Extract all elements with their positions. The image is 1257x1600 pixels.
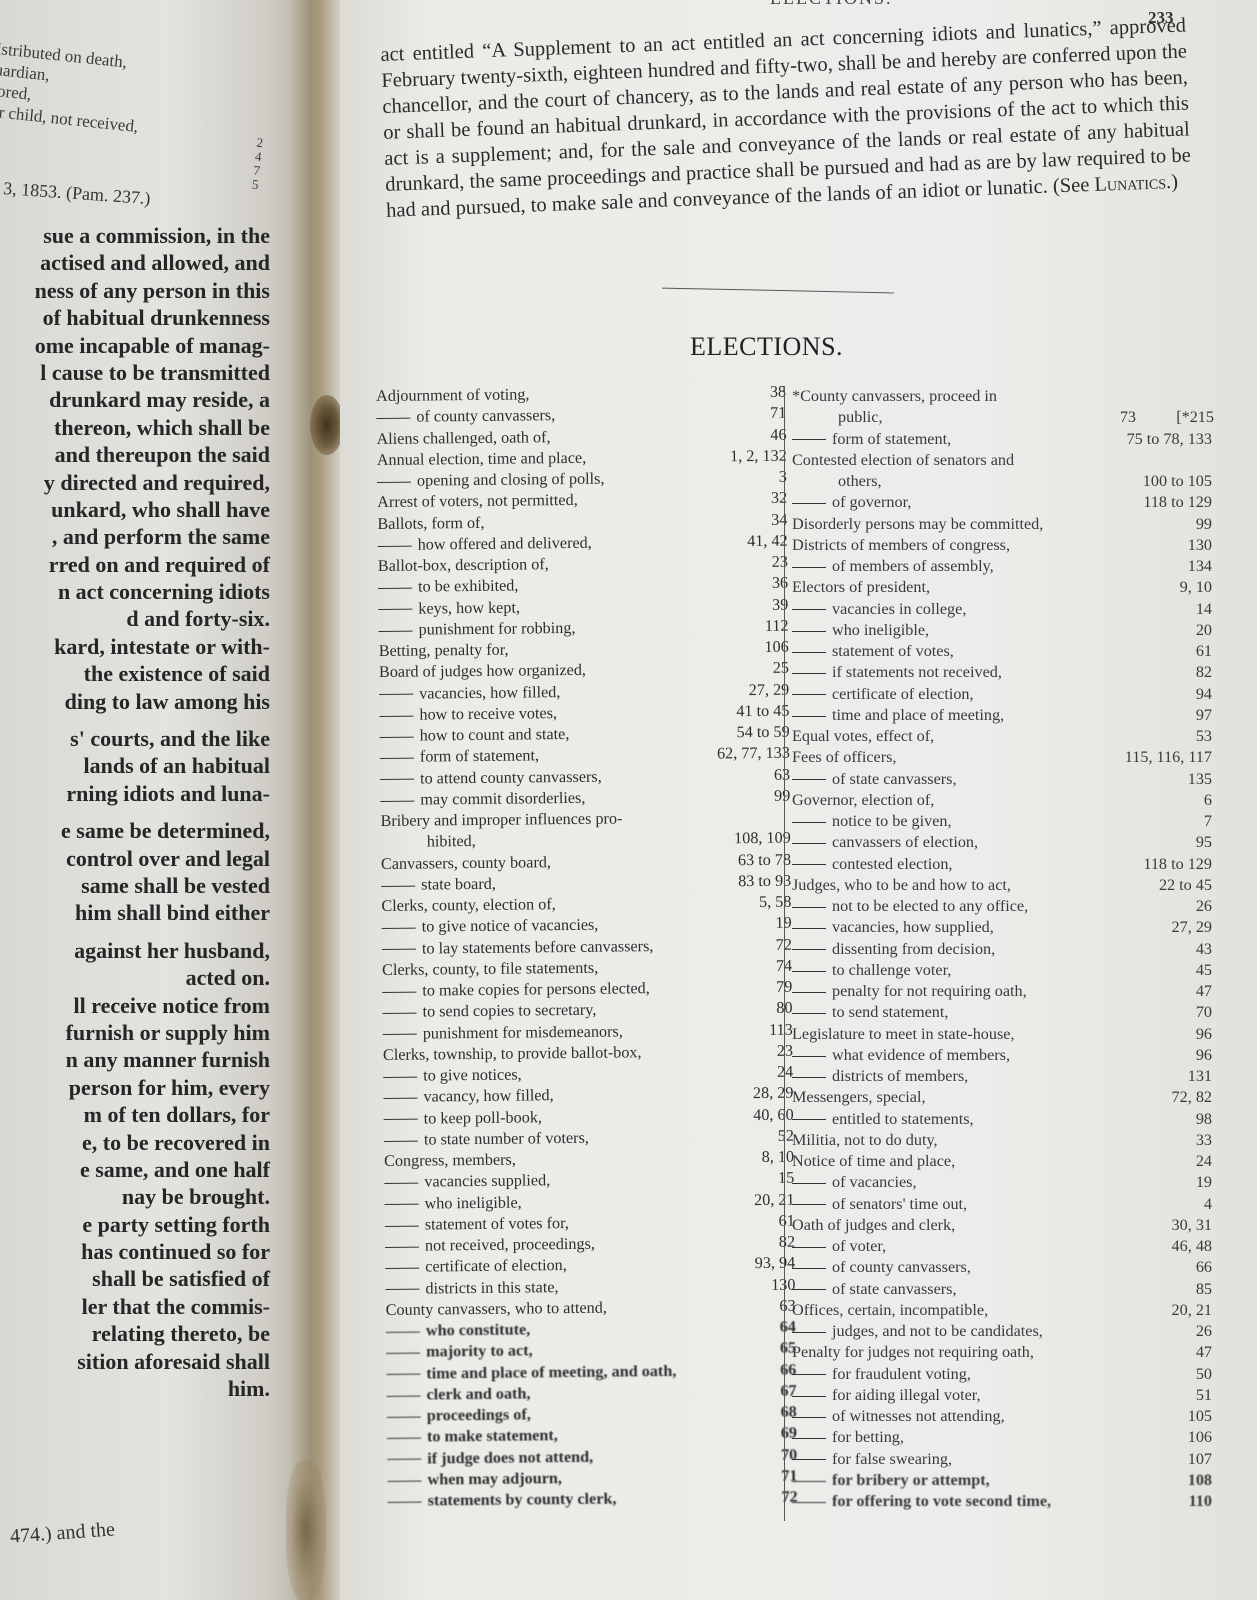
index-section-ref: 61 bbox=[1196, 641, 1212, 662]
index-term: for offering to vote second time, bbox=[792, 1491, 1051, 1512]
index-entry: *County canvassers, proceed in bbox=[792, 386, 1212, 407]
body-line: sition aforesaid shall bbox=[0, 1348, 270, 1375]
index-section-ref: 33 bbox=[1196, 1130, 1212, 1151]
body-line: e, to be recovered in bbox=[0, 1129, 270, 1156]
body-line: sue a commission, in the bbox=[0, 222, 270, 249]
index-term: to state number of voters, bbox=[384, 1128, 589, 1151]
index-section-ref: 54 to 59 bbox=[736, 722, 789, 744]
index-term: majority to act, bbox=[386, 1341, 533, 1364]
index-term: vacancies supplied, bbox=[384, 1170, 550, 1193]
section-title: ELECTIONS. bbox=[690, 332, 843, 362]
index-section-ref: 105 bbox=[1188, 1406, 1212, 1427]
index-term: Disorderly persons may be committed, bbox=[792, 514, 1043, 535]
index-term: notice to be given, bbox=[792, 811, 952, 832]
index-term: Judges, who to be and how to act, bbox=[792, 875, 1011, 896]
index-term: of vacancies, bbox=[792, 1172, 917, 1193]
index-term: to make statement, bbox=[387, 1425, 558, 1448]
index-section-ref: 47 bbox=[1196, 1342, 1212, 1363]
index-section-ref: 7 bbox=[1204, 811, 1212, 832]
index-term: districts in this state, bbox=[385, 1277, 558, 1300]
index-term: of governor, bbox=[792, 492, 911, 513]
index-entry: Notice of time and place,24 bbox=[792, 1151, 1212, 1172]
body-line: relating thereto, be bbox=[0, 1320, 270, 1347]
body-line: him. bbox=[0, 1375, 270, 1402]
index-term: Militia, not to do duty, bbox=[792, 1130, 938, 1151]
index-section-ref: 106 bbox=[1188, 1427, 1212, 1448]
index-term: statement of votes, bbox=[792, 641, 954, 662]
running-head: ELECTIONS. bbox=[770, 0, 893, 9]
index-term: form of statement, bbox=[792, 429, 951, 450]
index-entry: notice to be given,7 bbox=[792, 811, 1212, 832]
index-section-ref: 108 bbox=[1188, 1470, 1212, 1491]
index-term: County canvassers, who to attend, bbox=[386, 1297, 607, 1321]
index-section-ref: 118 to 129 bbox=[1143, 854, 1212, 875]
index-term: who ineligible, bbox=[792, 620, 929, 641]
index-entry: what evidence of members,96 bbox=[792, 1045, 1212, 1066]
index-entry: Districts of members of congress,130 bbox=[792, 535, 1212, 556]
body-line: s' courts, and the like bbox=[0, 725, 270, 752]
index-term: to lay statements before canvassers, bbox=[382, 936, 654, 960]
index-section-ref: 23 bbox=[772, 552, 788, 573]
body-line: furnish or supply him bbox=[0, 1019, 270, 1046]
index-section-ref: 24 bbox=[777, 1062, 793, 1083]
index-term: of senators' time out, bbox=[792, 1194, 967, 1215]
index-entry: of voter,46, 48 bbox=[792, 1236, 1212, 1257]
index-term: statement of votes for, bbox=[385, 1213, 569, 1236]
body-line: person for him, every bbox=[0, 1074, 270, 1101]
index-term: Ballot-box, description of, bbox=[378, 554, 549, 577]
paragraph-gap bbox=[0, 807, 270, 817]
index-section-ref: 85 bbox=[1196, 1279, 1212, 1300]
index-term: Districts of members of congress, bbox=[792, 535, 1010, 556]
index-term: Oath of judges and clerk, bbox=[792, 1215, 955, 1236]
index-entry: Legislature to meet in state-house,96 bbox=[792, 1024, 1212, 1045]
index-section-ref: 82 bbox=[1196, 662, 1212, 683]
index-entry: statement of votes,61 bbox=[792, 641, 1212, 662]
index-term: when may adjourn, bbox=[387, 1468, 562, 1491]
index-term: of state canvassers, bbox=[792, 769, 957, 790]
body-line: y directed and required, bbox=[0, 469, 270, 496]
body-line: ding to law among his bbox=[0, 688, 270, 715]
index-term: Fees of officers, bbox=[792, 747, 896, 768]
index-entry: to challenge voter,45 bbox=[792, 960, 1212, 981]
index-section-ref: 96 bbox=[1196, 1024, 1212, 1045]
index-term: who constitute, bbox=[386, 1319, 531, 1342]
index-entry: vacancies in college,14 bbox=[792, 599, 1212, 620]
index-term: districts of members, bbox=[792, 1066, 968, 1087]
body-line: control over and legal bbox=[0, 845, 270, 872]
index-section-ref: 19 bbox=[1196, 1172, 1212, 1193]
index-term: who ineligible, bbox=[384, 1192, 521, 1215]
body-line: ness of any person in this bbox=[0, 277, 270, 304]
index-entry: Equal votes, effect of,53 bbox=[792, 726, 1212, 747]
body-line: l cause to be transmitted bbox=[0, 359, 270, 386]
index-entry: Messengers, special,72, 82 bbox=[792, 1087, 1212, 1108]
index-entry: vacancies, how supplied,27, 29 bbox=[792, 917, 1212, 938]
index-section-ref: 118 to 129 bbox=[1143, 492, 1212, 513]
left-page-act-heading: 3, 1853. (Pam. 237.) bbox=[3, 178, 152, 209]
index-term: of voter, bbox=[792, 1236, 886, 1257]
index-section-ref: 97 bbox=[1196, 705, 1212, 726]
index-section-ref: 70 bbox=[1196, 1002, 1212, 1023]
index-term: for bribery or attempt, bbox=[792, 1470, 990, 1491]
index-term: to send statement, bbox=[792, 1002, 948, 1023]
index-section-ref: 41, 42 bbox=[747, 530, 788, 552]
index-section-ref: 30, 31 bbox=[1172, 1215, 1212, 1236]
index-entry: if statements not received,82 bbox=[792, 662, 1212, 683]
index-term: if judge does not attend, bbox=[387, 1446, 593, 1469]
body-line: kard, intestate or with- bbox=[0, 633, 270, 660]
index-section-ref: 113 bbox=[769, 1019, 793, 1040]
index-entry: who ineligible,20 bbox=[792, 620, 1212, 641]
paragraph-gap bbox=[0, 927, 270, 937]
index-term: Ballots, form of, bbox=[377, 512, 484, 534]
index-term: contested election, bbox=[792, 854, 952, 875]
index-section-ref: 94 bbox=[1196, 684, 1212, 705]
index-term: punishment for robbing, bbox=[378, 618, 575, 641]
index-entry: Fees of officers,115, 116, 117 bbox=[792, 747, 1212, 768]
index-section-ref: 106 bbox=[764, 637, 789, 659]
body-line: actised and allowed, and bbox=[0, 249, 270, 276]
index-term: punishment for misdemeanors, bbox=[383, 1021, 623, 1045]
index-section-ref: 134 bbox=[1188, 556, 1212, 577]
index-section-ref: 20, 21 bbox=[1172, 1300, 1212, 1321]
index-section-ref: 6 bbox=[1204, 790, 1212, 811]
body-line: ome incapable of manag- bbox=[0, 332, 270, 359]
index-term: Clerks, township, to provide ballot-box, bbox=[383, 1042, 642, 1066]
index-term: opening and closing of polls, bbox=[377, 469, 605, 493]
index-term: Governor, election of, bbox=[792, 790, 934, 811]
index-section-ref: 5, 58 bbox=[759, 892, 792, 914]
index-entry: for aiding illegal voter,51 bbox=[792, 1385, 1212, 1406]
index-term: time and place of meeting, and oath, bbox=[386, 1360, 676, 1384]
index-term: to give notice of vacancies, bbox=[382, 915, 599, 939]
body-line: rred on and required of bbox=[0, 551, 270, 578]
paragraph-gap bbox=[0, 715, 270, 725]
index-term: vacancies, how supplied, bbox=[792, 917, 994, 938]
index-section-ref: 63 bbox=[774, 764, 790, 785]
index-term: Clerks, county, election of, bbox=[381, 894, 555, 917]
index-term: how to count and state, bbox=[380, 724, 570, 747]
index-section-ref: 108, 109 bbox=[734, 828, 791, 850]
index-section-ref: 107 bbox=[1188, 1449, 1212, 1470]
body-line: shall be satisfied of bbox=[0, 1265, 270, 1292]
index-entry: not to be elected to any office,26 bbox=[792, 896, 1212, 917]
index-term: for aiding illegal voter, bbox=[792, 1385, 981, 1406]
body-line: of habitual drunkenness bbox=[0, 304, 270, 331]
index-term: what evidence of members, bbox=[792, 1045, 1010, 1066]
index-section-ref: 135 bbox=[1188, 769, 1212, 790]
page-marker: [*215 bbox=[1176, 407, 1214, 428]
left-page-index-fragment: istributed on death, uardian, tored, or … bbox=[0, 38, 296, 153]
index-term: vacancies, how filled, bbox=[379, 682, 560, 705]
index-section-ref: 51 bbox=[1196, 1385, 1212, 1406]
index-term: Arrest of voters, not permitted, bbox=[377, 490, 578, 513]
index-section-ref: 131 bbox=[1188, 1066, 1212, 1087]
body-line: same shall be vested bbox=[0, 872, 270, 899]
index-term: for false swearing, bbox=[792, 1449, 952, 1470]
index-term: to attend county canvassers, bbox=[380, 766, 602, 790]
index-entry: judges, and not to be candidates,26 bbox=[792, 1321, 1212, 1342]
index-section-ref: 115, 116, 117 bbox=[1125, 747, 1212, 768]
index-section-ref: 26 bbox=[1196, 1321, 1212, 1342]
index-entry: of senators' time out,4 bbox=[792, 1194, 1212, 1215]
index-term: vacancy, how filled, bbox=[383, 1085, 553, 1108]
index-section-ref: 62, 77, 133 bbox=[717, 743, 790, 765]
index-entry: for fraudulent voting,50 bbox=[792, 1364, 1212, 1385]
index-section-ref: 110 bbox=[1189, 1491, 1212, 1512]
index-entry: Disorderly persons may be committed,99 bbox=[792, 514, 1212, 535]
index-term: Legislature to meet in state-house, bbox=[792, 1024, 1015, 1045]
index-term: Canvassers, county board, bbox=[381, 852, 551, 875]
index-term: for betting, bbox=[792, 1427, 904, 1448]
index-entry: form of statement,75 to 78, 133 bbox=[792, 429, 1212, 450]
index-section-ref: 45 bbox=[1196, 960, 1212, 981]
index-number: 5 bbox=[251, 177, 259, 192]
index-entry: dissenting from decision,43 bbox=[792, 939, 1212, 960]
index-section-ref: 22 to 45 bbox=[1159, 875, 1212, 896]
section-divider bbox=[662, 288, 894, 294]
index-section-ref: 8, 10 bbox=[762, 1147, 795, 1169]
index-term: certificate of election, bbox=[385, 1255, 567, 1278]
index-entry: to send statement,70 bbox=[792, 1002, 1212, 1023]
index-section-ref: 43 bbox=[1196, 939, 1212, 960]
body-line: unkard, who shall have bbox=[0, 496, 270, 523]
index-section-ref: 53 bbox=[1196, 726, 1212, 747]
index-section-ref: 96 bbox=[1196, 1045, 1212, 1066]
index-term: how offered and delivered, bbox=[378, 532, 592, 555]
index-term: for fraudulent voting, bbox=[792, 1364, 971, 1385]
index-term: not to be elected to any office, bbox=[792, 896, 1028, 917]
index-entry: Electors of president,9, 10 bbox=[792, 577, 1212, 598]
index-section-ref: 39 bbox=[772, 594, 788, 615]
index-term: of state canvassers, bbox=[792, 1279, 957, 1300]
index-term: *County canvassers, proceed in bbox=[792, 386, 997, 407]
index-term: time and place of meeting, bbox=[792, 705, 1004, 726]
index-entry: canvassers of election,95 bbox=[792, 832, 1212, 853]
body-line: , and perform the same bbox=[0, 523, 270, 550]
index-entry: Contested election of senators and bbox=[792, 450, 1212, 471]
intro-see-end: .) bbox=[1166, 171, 1179, 193]
index-term: Congress, members, bbox=[384, 1150, 516, 1173]
gutter-stain bbox=[286, 1460, 326, 1600]
index-section-ref: 93, 94 bbox=[755, 1253, 796, 1275]
index-term: if statements not received, bbox=[792, 662, 1002, 683]
index-entry: of state canvassers,135 bbox=[792, 769, 1212, 790]
index-section-ref: 27, 29 bbox=[1172, 917, 1212, 938]
index-term: form of statement, bbox=[380, 746, 539, 769]
index-entry: for false swearing,107 bbox=[792, 1449, 1212, 1470]
body-line: drunkard may reside, a bbox=[0, 386, 270, 413]
body-line: e same, and one half bbox=[0, 1156, 270, 1183]
body-line: has continued so for bbox=[0, 1238, 270, 1265]
index-term: others, bbox=[838, 471, 882, 492]
body-line: and thereupon the said bbox=[0, 441, 270, 468]
index-term: may commit disorderlies, bbox=[380, 788, 585, 811]
index-term: Adjournment of voting, bbox=[376, 384, 530, 407]
index-term: public, bbox=[838, 407, 883, 428]
index-entry: of state canvassers,85 bbox=[792, 1279, 1212, 1300]
intro-see: (See bbox=[1053, 174, 1095, 198]
left-page-footer: 474.) and the bbox=[9, 1518, 115, 1548]
index-section-ref: 28, 29 bbox=[753, 1083, 794, 1105]
body-line: ler that the commis- bbox=[0, 1293, 270, 1320]
index-term: hibited, bbox=[427, 831, 476, 853]
body-line: e same be determined, bbox=[0, 817, 270, 844]
body-line: ll receive notice from bbox=[0, 992, 270, 1019]
body-line: e party setting forth bbox=[0, 1211, 270, 1238]
left-page-body-text: sue a commission, in theactised and allo… bbox=[0, 222, 270, 1402]
index-section-ref: 112 bbox=[765, 615, 789, 636]
index-entry: for betting,106 bbox=[792, 1427, 1212, 1448]
index-term: of county canvassers, bbox=[376, 405, 555, 428]
index-term: Board of judges how organized, bbox=[379, 660, 586, 683]
index-entry: statements by county clerk,72 bbox=[388, 1487, 798, 1513]
index-section-ref: 20, 21 bbox=[754, 1189, 795, 1211]
index-section-ref: 36 bbox=[772, 573, 788, 594]
index-term: to give notices, bbox=[383, 1065, 522, 1088]
index-section-ref: 130 bbox=[1188, 535, 1212, 556]
index-entry: certificate of election,94 bbox=[792, 684, 1212, 705]
index-section-ref: 99 bbox=[1196, 514, 1212, 535]
index-section-ref: 4 bbox=[1204, 1194, 1212, 1215]
index-entry: of vacancies,19 bbox=[792, 1172, 1212, 1193]
index-section-ref: 14 bbox=[1196, 599, 1212, 620]
index-section-ref: 95 bbox=[1196, 832, 1212, 853]
index-entry: others,100 to 105 bbox=[792, 471, 1212, 492]
index-term: to send copies to secretary, bbox=[382, 1000, 596, 1023]
index-term: Betting, penalty for, bbox=[379, 640, 509, 663]
index-section-ref: 25 bbox=[773, 658, 789, 679]
index-term: clerk and oath, bbox=[386, 1383, 530, 1406]
index-section-ref: 100 to 105 bbox=[1143, 471, 1212, 492]
index-term: Equal votes, effect of, bbox=[792, 726, 934, 747]
index-term: to make copies for persons elected, bbox=[382, 978, 650, 1002]
index-entry: Militia, not to do duty,33 bbox=[792, 1130, 1212, 1151]
intro-paragraph: act entitled “A Supplement to an act ent… bbox=[380, 12, 1192, 223]
index-entry: public,73[*215 bbox=[792, 407, 1212, 428]
index-term: not received, proceedings, bbox=[385, 1234, 595, 1257]
index-term: Annual election, time and place, bbox=[377, 448, 587, 471]
index-entry: Offices, certain, incompatible,20, 21 bbox=[792, 1300, 1212, 1321]
index-term: to be exhibited, bbox=[378, 576, 518, 599]
index-term: to challenge voter, bbox=[792, 960, 951, 981]
column-divider bbox=[784, 386, 785, 1521]
body-line: the existence of said bbox=[0, 660, 270, 687]
index-entry: for offering to vote second time,110 bbox=[792, 1491, 1212, 1512]
index-entry: Governor, election of,6 bbox=[792, 790, 1212, 811]
index-term: canvassers of election, bbox=[792, 832, 978, 853]
index-term: statements by county clerk, bbox=[388, 1489, 617, 1513]
index-term: penalty for not requiring oath, bbox=[792, 981, 1027, 1002]
index-term: Clerks, county, to file statements, bbox=[382, 957, 598, 981]
index-section-ref: 40, 60 bbox=[753, 1104, 794, 1126]
index-term: Offices, certain, incompatible, bbox=[792, 1300, 988, 1321]
index-term: Notice of time and place, bbox=[792, 1151, 955, 1172]
index-term: of witnesses not attending, bbox=[792, 1406, 1005, 1427]
body-line: m of ten dollars, for bbox=[0, 1101, 270, 1128]
index-section-ref: 47 bbox=[1196, 981, 1212, 1002]
gutter-stain bbox=[310, 395, 344, 455]
body-line: n act concerning idiots bbox=[0, 578, 270, 605]
index-term: certificate of election, bbox=[792, 684, 974, 705]
index-term: proceedings of, bbox=[387, 1404, 531, 1427]
body-line: him shall bind either bbox=[0, 899, 270, 926]
body-line: against her husband, bbox=[0, 937, 270, 964]
index-term: Messengers, special, bbox=[792, 1087, 926, 1108]
index-term: to keep poll-book, bbox=[384, 1107, 542, 1130]
index-section-ref: 20 bbox=[1196, 620, 1212, 641]
cross-reference-lunatics: Lunatics bbox=[1094, 171, 1166, 196]
index-section-ref: 34 bbox=[771, 509, 787, 530]
index-entry: time and place of meeting,97 bbox=[792, 705, 1212, 726]
body-line: rning idiots and luna- bbox=[0, 780, 270, 807]
index-entry: of witnesses not attending,105 bbox=[792, 1406, 1212, 1427]
body-line: acted on. bbox=[0, 964, 270, 991]
index-section-ref: 1, 2, 132 bbox=[730, 445, 787, 467]
left-page: istributed on death, uardian, tored, or … bbox=[0, 0, 305, 1600]
index-section-ref: 72, 82 bbox=[1172, 1087, 1212, 1108]
index-section-ref: 75 to 78, 133 bbox=[1127, 429, 1212, 450]
body-line: thereon, which shall be bbox=[0, 414, 270, 441]
index-column-left: Adjournment of voting,38of county canvas… bbox=[376, 382, 798, 1512]
index-term: entitled to statements, bbox=[792, 1109, 974, 1130]
index-section-ref: 50 bbox=[1196, 1364, 1212, 1385]
index-section-ref: 26 bbox=[1196, 896, 1212, 917]
body-line: lands of an habitual bbox=[0, 752, 270, 779]
index-term: state board, bbox=[381, 874, 496, 896]
index-entry: districts of members,131 bbox=[792, 1066, 1212, 1087]
index-entry: penalty for not requiring oath,47 bbox=[792, 981, 1212, 1002]
index-section-ref: 9, 10 bbox=[1180, 577, 1212, 598]
index-section-ref: 98 bbox=[1196, 1109, 1212, 1130]
index-section-ref: 3 bbox=[779, 467, 787, 488]
index-section-ref: 41 to 45 bbox=[736, 700, 789, 722]
index-term: Aliens challenged, oath of, bbox=[376, 427, 550, 450]
index-term: Electors of president, bbox=[792, 577, 930, 598]
index-section-ref: 99 bbox=[774, 785, 790, 806]
index-section-ref: 73 bbox=[1120, 407, 1136, 428]
right-page: ELECTIONS. 233 act entitled “A Supplemen… bbox=[340, 0, 1257, 1600]
index-entry: of governor,118 to 129 bbox=[792, 492, 1212, 513]
index-term: Penalty for judges not requiring oath, bbox=[792, 1342, 1034, 1363]
index-entry: Oath of judges and clerk,30, 31 bbox=[792, 1215, 1212, 1236]
index-entry: of county canvassers,66 bbox=[792, 1257, 1212, 1278]
index-entry: Penalty for judges not requiring oath,47 bbox=[792, 1342, 1212, 1363]
index-entry: contested election,118 to 129 bbox=[792, 854, 1212, 875]
index-entry: for bribery or attempt,108 bbox=[792, 1470, 1212, 1491]
index-section-ref: 66 bbox=[1196, 1257, 1212, 1278]
index-term: Contested election of senators and bbox=[792, 450, 1014, 471]
body-line: nay be brought. bbox=[0, 1183, 270, 1210]
index-term: of members of assembly, bbox=[792, 556, 994, 577]
index-term: of county canvassers, bbox=[792, 1257, 971, 1278]
index-entry: entitled to statements,98 bbox=[792, 1109, 1212, 1130]
body-line: n any manner furnish bbox=[0, 1046, 270, 1073]
index-term: Bribery and improper influences pro- bbox=[380, 808, 622, 832]
index-term: judges, and not to be candidates, bbox=[792, 1321, 1043, 1342]
index-entry: Judges, who to be and how to act,22 to 4… bbox=[792, 875, 1212, 896]
index-section-ref: 46, 48 bbox=[1172, 1236, 1212, 1257]
index-term: how to receive votes, bbox=[379, 703, 557, 726]
index-column-right: *County canvassers, proceed inpublic,73[… bbox=[792, 386, 1212, 1512]
index-term: vacancies in college, bbox=[792, 599, 966, 620]
index-section-ref: 24 bbox=[1196, 1151, 1212, 1172]
index-term: keys, how kept, bbox=[378, 597, 520, 620]
body-line: d and forty-six. bbox=[0, 605, 270, 632]
index-entry: of members of assembly,134 bbox=[792, 556, 1212, 577]
index-term: dissenting from decision, bbox=[792, 939, 995, 960]
